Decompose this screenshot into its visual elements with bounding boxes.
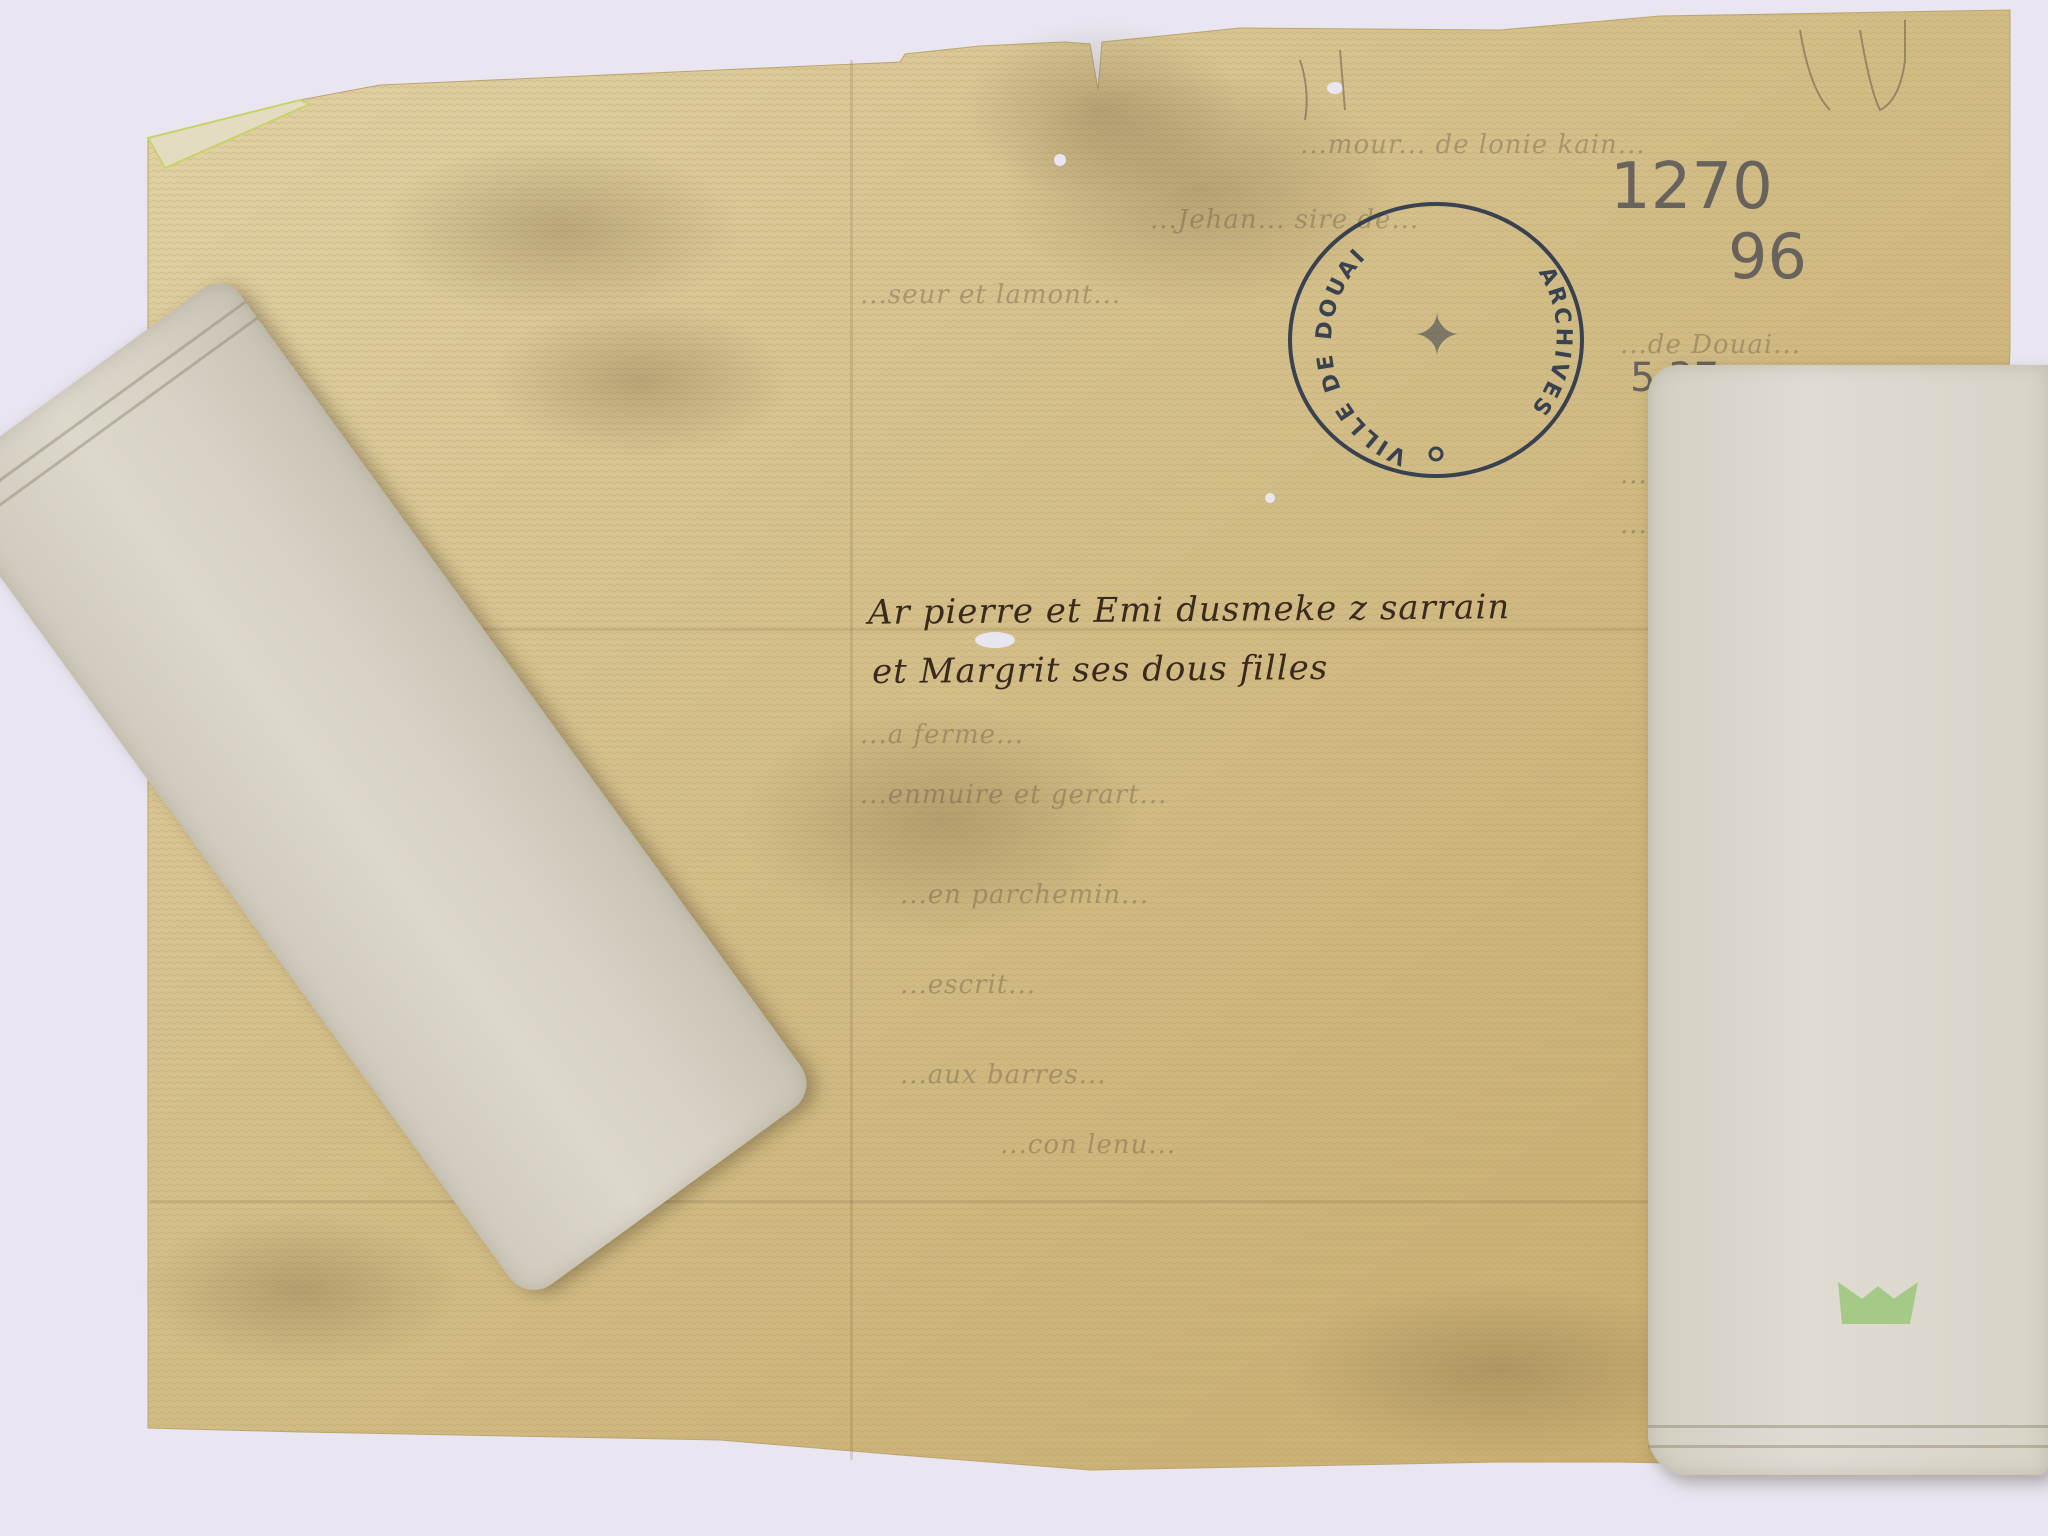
weight-seam <box>1648 1445 2048 1448</box>
stamp-eagle-icon: ✦ <box>1382 276 1492 396</box>
faint-text-line: ...aux barres... <box>900 1060 1107 1090</box>
fold-line-vertical <box>850 60 853 1460</box>
faint-text-line: ...a ferme... <box>860 720 1024 750</box>
faint-text-line: ...escrit... <box>900 970 1036 1000</box>
faint-text-line: ...seur et lamont... <box>860 280 1121 310</box>
dorse-note-line-1: Ar pierre et Emi dusmeke z sarrain <box>868 587 1510 633</box>
archive-stamp: VILLE DE DOUAI ARCHIVES ✦ <box>1288 202 1584 478</box>
faint-text-line: ...en parchemin... <box>900 880 1149 910</box>
dorse-note-line-2: et Margrit ses dous filles <box>872 648 1329 692</box>
faint-text-line: ...mour... de lonie kain... <box>1300 130 1646 160</box>
photo-scene: ...mour... de lonie kain... ...Jehan... … <box>0 0 2048 1536</box>
faint-text-line: ...con lenu... <box>1000 1130 1176 1160</box>
svg-text:ARCHIVES: ARCHIVES <box>1525 263 1576 422</box>
weight-seam <box>1648 1425 2048 1428</box>
pencil-number: 96 <box>1728 220 1807 293</box>
faint-text-line: ...enmuire et gerart... <box>860 780 1167 810</box>
stamp-text-right: ARCHIVES <box>1525 263 1576 422</box>
fold-line-lower <box>150 1200 1650 1203</box>
pencil-shelfmark-year: 1270 <box>1610 150 1773 224</box>
